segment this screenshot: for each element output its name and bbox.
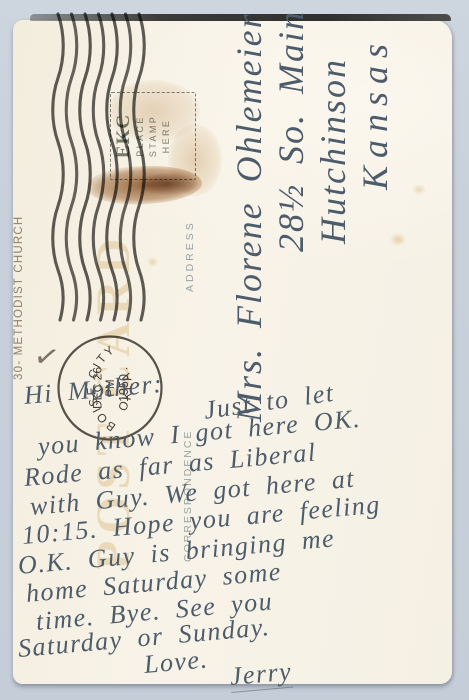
stamp-box-line-here: HERE	[160, 94, 173, 178]
pencil-caption-note: 30- METHODIST CHURCH	[13, 205, 25, 380]
cancel-wavy-lines	[50, 8, 152, 344]
message-closing: Love.	[143, 644, 210, 680]
message-signature: Jerry	[229, 657, 294, 693]
address-label: ADDRESS	[184, 210, 196, 292]
address-line-state: Kansas	[354, 17, 396, 452]
